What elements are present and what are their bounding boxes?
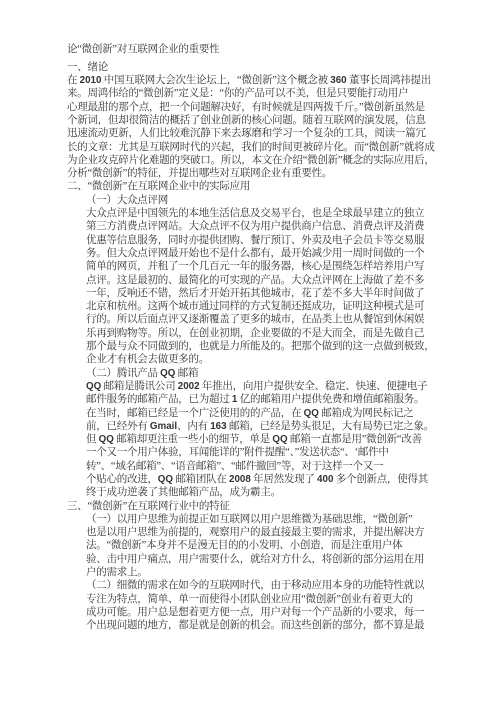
text-line: （二）腾讯产品 QQ 邮箱 xyxy=(67,367,439,380)
text-line: 终于成功逆袭了其他邮箱产品，成为霸主。 xyxy=(67,486,439,499)
text-line: 在当时，邮箱已经是一个广泛使用的的产品，在 QQ 邮箱成为网民标记之 xyxy=(67,407,439,420)
text-line: 长的文章：尤其是互联网时代的兴起，我们的时间更被碎片化。而“微创新”就将成 xyxy=(67,141,439,154)
text-line: 个新词，但却很简洁的概括了创业创新的核心问题。随着互联网的演发展，信息 xyxy=(67,114,439,127)
text-line: 第三方消费点评网站。大众点评不仅为用户提供商户信息、消费点评及消费 xyxy=(67,220,439,233)
text-line: 成功可能。用户总是想着更方便一点，用户对每一个产品新的小要求，每一 xyxy=(67,606,439,619)
text-line: 个贴心的改进，QQ 邮箱团队在 2008 年居然发现了 400 多个创新点，使得… xyxy=(67,473,439,486)
document-text-block: 论“微创新”对互联网企业的重要性 一、绪论在 2010 中国互联网大会次生论坛上… xyxy=(67,43,439,633)
text-line: （一）大众点评网 xyxy=(67,194,439,207)
text-line: 前，已经外有 Gmail、内有 163 邮箱，已经是势头很足，大有局势已定之象。 xyxy=(67,420,439,433)
text-line: 简单的网页，并租了一个几百元一年的服务器，核心是围绕怎样培养用户写 xyxy=(67,260,439,273)
text-line: 验、击中用户痛点，用户需要什么，就给对方什么，将创新的部分运用在用 xyxy=(67,553,439,566)
text-line: 点评。这是最初的、最简化的可实现的产品。大众点评网在上海做了差不多 xyxy=(67,274,439,287)
text-line: 专注为特点，简单、单一而使得小团队创业应用“微创新”创业有着更大的 xyxy=(67,593,439,606)
text-line: 优惠等信息服务，同时亦提供团购、餐厅预订、外卖及电子会员卡等交易服 xyxy=(67,234,439,247)
text-line: （二）细微的需求在如今的互联网时代，由于移动应用本身的功能特性就以 xyxy=(67,579,439,592)
text-line: 法。“微创新”本身并不是漫无目的的小发明、小创造，而是注重用户体 xyxy=(67,539,439,552)
text-line: 转”、“域名邮箱”、“语音邮箱”、“邮件撤回”等，对于这样一个又一 xyxy=(67,460,439,473)
text-line: 邮件服务的邮箱产品，已为超过 1 亿的邮箱用户提供免费和增值邮箱服务。 xyxy=(67,393,439,406)
text-line: 个出现问题的地方，都是就是创新的机会。而这些创新的部分，都不算是最 xyxy=(67,619,439,632)
text-line: 一年，反响还不错，然后才开始开拓其他城市，花了差不多大半年时间做了 xyxy=(67,287,439,300)
text-line: QQ 邮箱是腾讯公司 2002 年推出，向用户提供安全、稳定、快速、便捷电子 xyxy=(67,380,439,393)
document-page: 论“微创新”对互联网企业的重要性 一、绪论在 2010 中国互联网大会次生论坛上… xyxy=(0,0,500,708)
text-line: 务。但大众点评网最开始也不是什么都有，最开始减少用一周时间做的一个 xyxy=(67,247,439,260)
text-line: 企业才有机会去做更多的。 xyxy=(67,353,439,366)
text-line: 一个又一个用户体验，耳闻能详的”附件提醒“、”发送状态“、‘邮件中 xyxy=(67,446,439,459)
text-line: 那个最与众不同做到的，也就是力所能及的。把那个做到的这一点做到极致， xyxy=(67,340,439,353)
text-line: 三、“微创新”在互联网行业中的特征 xyxy=(67,500,439,513)
text-line: 心理最甜的那个点，把一个问题解决好，有时候就是四两拨千斤。”微创新虽然是 xyxy=(67,101,439,114)
text-line: 大众点评是中国领先的本地生活信息及交易平台，也是全球最早建立的独立 xyxy=(67,207,439,220)
text-line: 来。周鸿伟给的“微创新”定义是：“你的产品可以不美，但是只要能打动用户 xyxy=(67,87,439,100)
text-line: 分析“微创新”的特征，并提出哪些对互联网企业有重要性。 xyxy=(67,167,439,180)
document-title: 论“微创新”对互联网企业的重要性 xyxy=(67,43,439,56)
text-line: 北京和杭州。这两个城市通过同样的方式复制还挺成功，证明这种模式是可 xyxy=(67,300,439,313)
text-line: 一、绪论 xyxy=(67,61,439,74)
text-line: 行的。所以后面点评又逐渐覆盖了更多的城市，在品类上也从餐馆到休闲娱 xyxy=(67,313,439,326)
document-lines: 一、绪论在 2010 中国互联网大会次生论坛上，“微创新”这个概念被 360 董… xyxy=(67,61,439,633)
text-line: 在 2010 中国互联网大会次生论坛上，“微创新”这个概念被 360 董事长周鸿… xyxy=(67,74,439,87)
text-line: 但 QQ 邮箱却更注重一些小的细节，单是 QQ 邮箱一直都是用”微创新“改善 xyxy=(67,433,439,446)
text-line: 户的需求上。 xyxy=(67,566,439,579)
text-line: 乐再到购物等。所以，在创业初期，企业要做的不是大而全，而是先做自己 xyxy=(67,327,439,340)
text-line: 为企业攻克碎片化难题的突破口。所以，本文在介绍“微创新”概念的实际应用后， xyxy=(67,154,439,167)
text-line: 迅速流动更新，人们比较难沉静下来去琢磨和学习一个复杂的工具，阅读一篇冗 xyxy=(67,127,439,140)
text-line: 二、“微创新”在互联网企业中的实际应用 xyxy=(67,180,439,193)
text-line: 也是以用户思维为前提的，观察用户的最直接最主要的需求，并提出解决方 xyxy=(67,526,439,539)
text-line: （一）以用户思维为前提正如互联网以用户思维微为基础思维，“微创新” xyxy=(67,513,439,526)
